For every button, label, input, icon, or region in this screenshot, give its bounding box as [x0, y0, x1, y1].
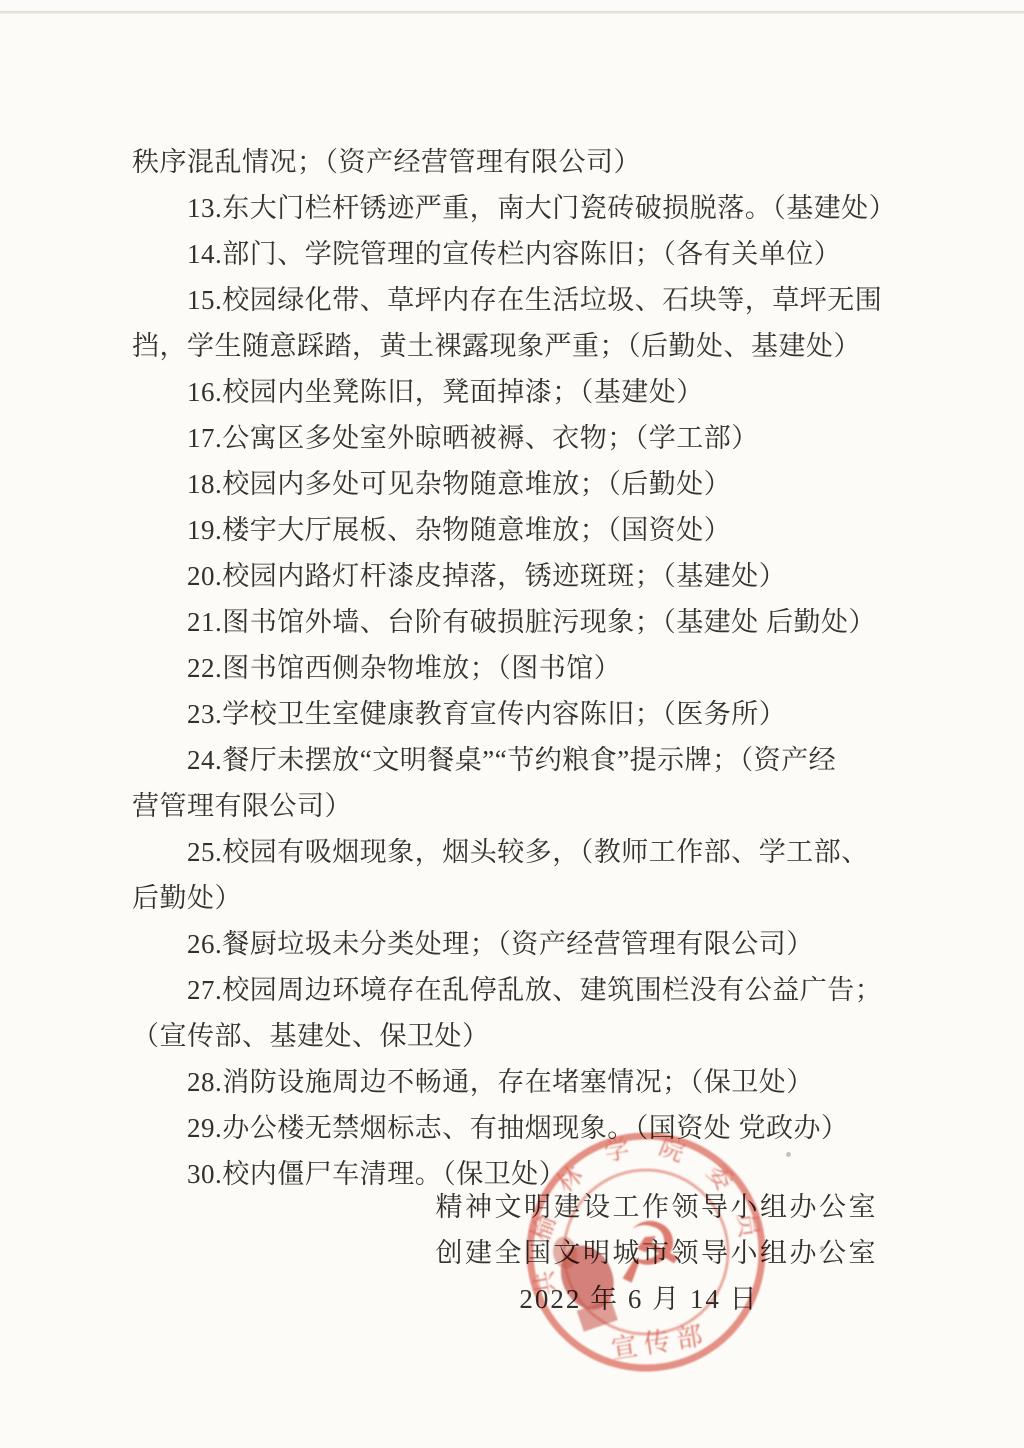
- document-line: 后勤处）: [132, 875, 918, 921]
- scan-speck: [786, 1152, 791, 1157]
- document-line: 22.图书馆西侧杂物堆放；（图书馆）: [132, 645, 918, 691]
- document-line: 秩序混乱情况；（资产经营管理有限公司）: [132, 139, 918, 185]
- scan-speck: [820, 1246, 824, 1250]
- document-line: 24.餐厅未摆放“文明餐桌”“节约粮食”提示牌；（资产经: [132, 737, 918, 783]
- document-line: 18.校园内多处可见杂物随意堆放；（后勤处）: [132, 461, 918, 507]
- scanned-document-page: { "page": { "background_color": "#fcfbf7…: [0, 0, 1024, 1448]
- document-line: 14.部门、学院管理的宣传栏内容陈旧；（各有关单位）: [132, 231, 918, 277]
- document-line: 17.公寓区多处室外晾晒被褥、衣物；（学工部）: [132, 415, 918, 461]
- document-line: 27.校园周边环境存在乱停乱放、建筑围栏没有公益广告；: [132, 967, 918, 1013]
- document-line: 21.图书馆外墙、台阶有破损脏污现象；（基建处 后勤处）: [132, 599, 918, 645]
- document-line: 15.校园绿化带、草坪内存在生活垃圾、石块等，草坪无围: [132, 277, 918, 323]
- official-red-seal: 中共榆林学院委员会 ☭ 宣传部: [502, 1108, 790, 1396]
- document-line: 19.楼宇大厅展板、杂物随意堆放；（国资处）: [132, 507, 918, 553]
- document-line: （宣传部、基建处、保卫处）: [132, 1013, 918, 1059]
- document-line: 16.校园内坐凳陈旧，凳面掉漆；（基建处）: [132, 369, 918, 415]
- document-line: 营管理有限公司）: [132, 783, 918, 829]
- hammer-sickle-icon: ☭: [605, 1201, 690, 1304]
- document-line: 28.消防设施周边不畅通，存在堵塞情况；（保卫处）: [132, 1059, 918, 1105]
- scan-fold-line: [0, 11, 1024, 14]
- document-line: 挡，学生随意踩踏，黄土裸露现象严重；（后勤处、基建处）: [132, 323, 918, 369]
- document-line: 20.校园内路灯杆漆皮掉落，锈迹斑斑；（基建处）: [132, 553, 918, 599]
- document-line: 25.校园有吸烟现象，烟头较多，（教师工作部、学工部、: [132, 829, 918, 875]
- document-line: 26.餐厨垃圾未分类处理；（资产经营管理有限公司）: [132, 921, 918, 967]
- document-line: 13.东大门栏杆锈迹严重，南大门瓷砖破损脱落。（基建处）: [132, 185, 918, 231]
- document-body: 秩序混乱情况；（资产经营管理有限公司）13.东大门栏杆锈迹严重，南大门瓷砖破损脱…: [132, 139, 918, 1197]
- document-line: 23.学校卫生室健康教育宣传内容陈旧；（医务所）: [132, 691, 918, 737]
